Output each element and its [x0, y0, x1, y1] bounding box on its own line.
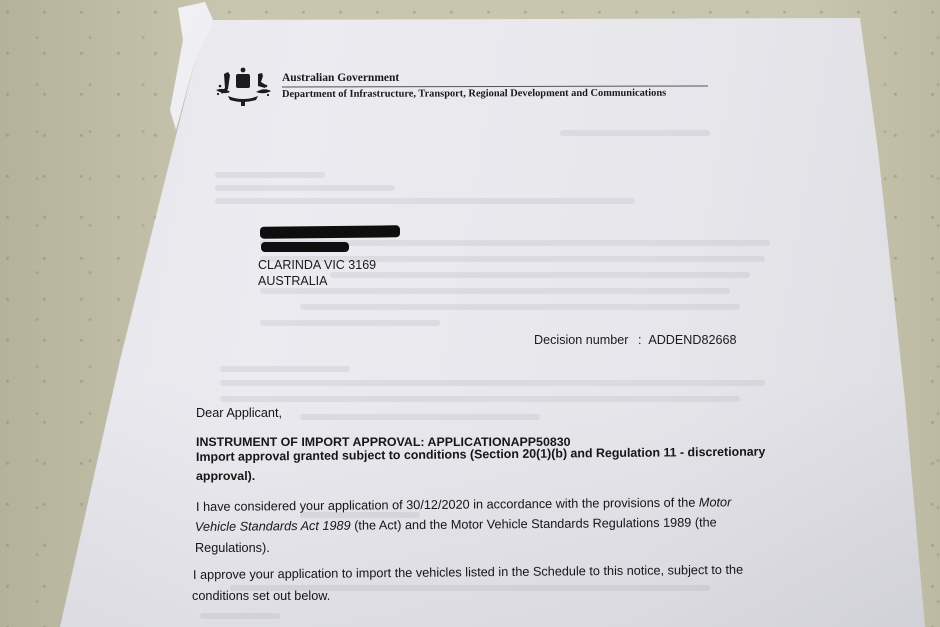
redacted-name — [260, 225, 400, 238]
coat-of-arms-icon — [210, 66, 276, 110]
department-name: Department of Infrastructure, Transport,… — [282, 88, 666, 100]
decision-label: Decision number — [534, 333, 629, 347]
decision-number: Decision number : ADDEND82668 — [534, 333, 737, 347]
salutation: Dear Applicant, — [196, 406, 282, 420]
address-city: CLARINDA VIC 3169 — [258, 258, 376, 272]
para2-line2: conditions set out below. — [192, 589, 330, 603]
government-name: Australian Government — [282, 72, 399, 84]
act-title-part1: Motor — [699, 495, 732, 509]
decision-separator: : — [638, 333, 642, 347]
redacted-street — [261, 242, 349, 252]
act-title-part2: Vehicle Standards Act 1989 — [195, 519, 351, 534]
para1-line3: Regulations). — [195, 541, 270, 555]
approval-subheading-line2: approval). — [196, 469, 255, 483]
address-country: AUSTRALIA — [258, 274, 327, 288]
decision-value: ADDEND82668 — [648, 333, 736, 347]
